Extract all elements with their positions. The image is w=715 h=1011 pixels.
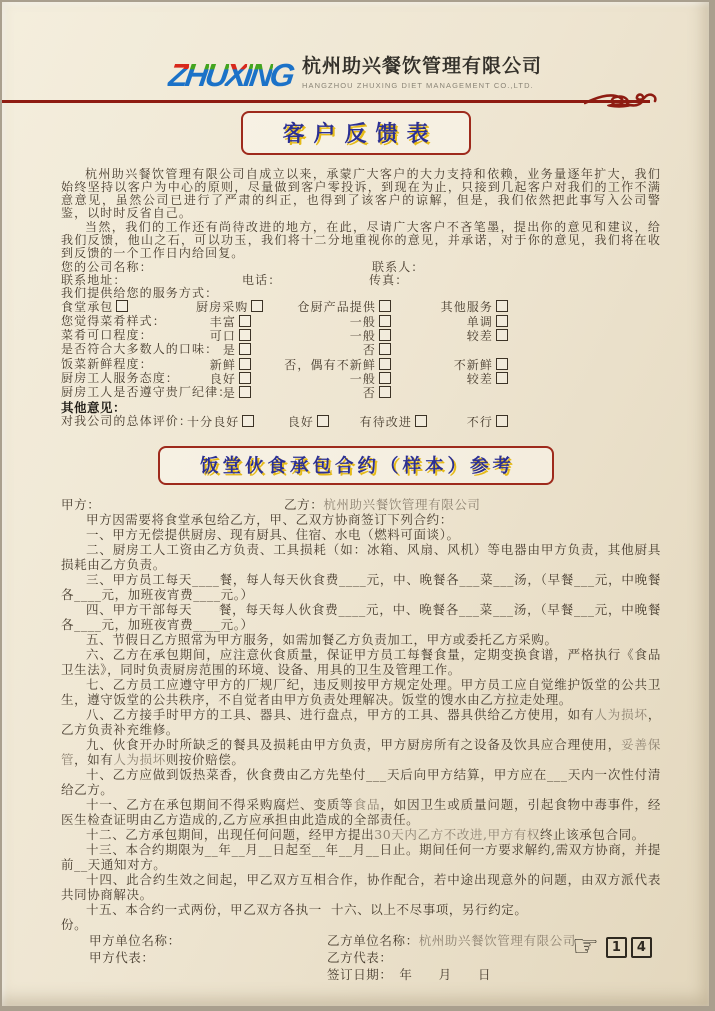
option-cell: 较差 [391, 372, 508, 386]
contract-section: 甲方： 乙方：杭州助兴餐饮管理有限公司 甲方因需要将食堂承包给乙方，甲、乙双方协… [61, 497, 661, 983]
checkbox[interactable] [496, 358, 508, 370]
option-label: 良好 [288, 415, 314, 429]
option-label: 仓厨产品提供 [297, 300, 376, 314]
option-cell: 其他服务 [391, 300, 508, 314]
contract-clause: 十二、乙方承包期间，出现任何问题，经甲方提出30天内乙方不改进,甲方有权终止该承… [61, 827, 661, 842]
option-label: 较差 [467, 329, 493, 343]
contract-clause: 五、节假日乙方照常为甲方服务，如需加餐乙方负责加工，甲方或委托乙方采购。 [61, 632, 661, 647]
feedback-option-row: 饭菜新鲜程度：新鲜否，偶有不新鲜不新鲜 [61, 358, 661, 372]
option-cell: 一般 [251, 315, 391, 329]
checkbox[interactable] [379, 358, 391, 370]
contract-clause: 十三、本合约期限为__年__月__日起至__年__月__日止。期间任何一方要求解… [61, 842, 661, 872]
party-a-rep-label: 甲方代表： [61, 949, 327, 966]
contract-clause: 九、伙食开办时所缺乏的餐具及损耗由甲方负责，甲方厨房所有之设备及饮具应合理使用，… [61, 737, 661, 767]
row-label-text: 菜肴可口程度： [61, 328, 153, 342]
checkbox[interactable] [239, 315, 251, 327]
row-label [391, 386, 508, 400]
row-label: 您觉得菜肴样式： [61, 315, 196, 329]
option-label: 丰富 [210, 315, 236, 329]
feedback-option-row: 是否符合大多数人的口味：是否 [61, 343, 661, 357]
contract-clause: 一、甲方无偿提供厨房、现有厨具、住宿、水电（燃料可面谈）。 [61, 527, 661, 542]
checkbox[interactable] [379, 315, 391, 327]
page-footer: ☞ 14 [572, 932, 652, 962]
checkbox[interactable] [239, 386, 251, 398]
contract-clause: 十四、此合约生效之间起，甲乙双方互相合作，协作配合，若中途出现意外的问题，由双方… [61, 872, 661, 902]
zhuxing-logo: ZHUXING [167, 56, 295, 91]
row-label-text: 饭菜新鲜程度： [61, 357, 153, 371]
row-label-text: 对我公司的总体评价： [61, 414, 192, 428]
option-cell: 是 [196, 343, 251, 357]
feedback-title: 客户反馈表 [282, 121, 437, 146]
contract-clause: 十、乙方应做到饭热菜香，伙食费由乙方先垫付___天后向甲方结算，甲方应在___天… [61, 767, 661, 797]
row-label-text: 是否符合大多数人的口味： [61, 342, 218, 356]
option-cell: 良好 [251, 415, 329, 429]
row-label: 是否符合大多数人的口味： [61, 343, 196, 357]
option-label: 否，偶有不新鲜 [284, 358, 376, 372]
checkbox[interactable] [317, 415, 329, 427]
service-options: 食堂承包厨房采购仓厨产品提供其他服务您觉得菜肴样式：丰富一般单调菜肴可口程度：可… [61, 300, 661, 400]
contract-clause-16: 十六、以上不尽事项，另行约定。 [331, 902, 661, 932]
checkbox[interactable] [379, 329, 391, 341]
contract-title: 饭堂伙食承包合约（样本）参考 [200, 455, 515, 476]
option-label: 较差 [467, 372, 493, 386]
option-cell: 较差 [391, 329, 508, 343]
party-a-label: 甲方： [61, 497, 284, 512]
option-cell: 丰富 [196, 315, 251, 329]
checkbox[interactable] [496, 300, 508, 312]
contract-clause: 六、乙方在承包期间，应注意伙食质量，保证甲方员工每餐食量，定期变换食谱，严格执行… [61, 647, 661, 677]
page-number: 14 [606, 937, 652, 958]
service-intro: 我们提供给您的服务方式： [61, 287, 661, 300]
edited-text: 人为损坏 [594, 707, 648, 722]
clause-15-16-row: 十五、本合约一式两份，甲乙双方各执一份。 十六、以上不尽事项，另行约定。 [61, 902, 661, 932]
company-name-cn: 杭州助兴餐饮管理有限公司 [302, 56, 542, 79]
overall-evaluation-row: 对我公司的总体评价：十分良好良好有待改进不行 [61, 415, 661, 429]
header-rule [2, 100, 650, 103]
contract-title-box: 饭堂伙食承包合约（样本）参考 [158, 446, 554, 485]
feedback-option-row: 食堂承包厨房采购仓厨产品提供其他服务 [61, 300, 661, 314]
feedback-option-row: 厨房工人是否遵守贵厂纪律：是否 [61, 386, 661, 400]
option-cell: 食堂承包 [61, 300, 196, 314]
option-cell: 否，偶有不新鲜 [251, 358, 391, 372]
row-label [391, 343, 508, 357]
option-label: 一般 [350, 372, 376, 386]
contact-person-label: 联系人： [372, 261, 661, 274]
checkbox[interactable] [239, 372, 251, 384]
row-label: 对我公司的总体评价： [61, 415, 187, 429]
fax-label: 传真： [369, 274, 661, 287]
checkbox[interactable] [496, 372, 508, 384]
option-label: 十分良好 [187, 415, 239, 429]
contract-clause: 二、厨房工人工资由乙方负责、工具损耗（如：冰箱、风扇、风机）等电器由甲方负责，其… [61, 542, 661, 572]
option-label: 食堂承包 [61, 300, 113, 314]
edited-text: 人为损坏 [113, 752, 165, 767]
option-label: 不行 [467, 415, 493, 429]
checkbox[interactable] [379, 343, 391, 355]
checkbox[interactable] [379, 300, 391, 312]
checkbox[interactable] [496, 415, 508, 427]
party-b-name-label: 乙方单位名称： [327, 933, 419, 948]
option-label: 可口 [210, 329, 236, 343]
other-opinion-label: 其他意见： [61, 401, 661, 415]
option-cell: 否 [251, 343, 391, 357]
option-cell: 新鲜 [196, 358, 251, 372]
phone-label: 电话： [242, 274, 369, 287]
checkbox[interactable] [116, 300, 128, 312]
party-b-value: 杭州助兴餐饮管理有限公司 [323, 497, 480, 512]
option-cell: 厨房采购 [196, 300, 251, 314]
signature-block: 甲方单位名称： 乙方单位名称：杭州助兴餐饮管理有限公司 甲方代表： 乙方代表： … [61, 932, 661, 983]
row-label: 厨房工人是否遵守贵厂纪律： [61, 386, 196, 400]
row-label-text: 您觉得菜肴样式： [61, 314, 166, 328]
contract-clause: 甲方因需要将食堂承包给乙方，甲、乙双方协商签订下列合约： [61, 512, 661, 527]
party-b-name-value: 杭州助兴餐饮管理有限公司 [419, 933, 576, 948]
option-label: 有待改进 [360, 415, 412, 429]
option-label: 是 [223, 343, 236, 357]
option-label: 不新鲜 [454, 358, 493, 372]
option-cell: 仓厨产品提供 [251, 300, 391, 314]
option-cell: 不行 [427, 415, 508, 429]
option-label: 厨房采购 [196, 300, 248, 314]
option-label: 一般 [350, 329, 376, 343]
party-row: 甲方： 乙方：杭州助兴餐饮管理有限公司 [61, 497, 661, 512]
contract-clause: 四、甲方干部每天 餐，每天每人伙食费____元，中、晚餐各___菜___汤，（早… [61, 602, 661, 632]
row-label-text: 厨房工人服务态度： [61, 371, 179, 385]
letterhead: ZHUXING 杭州助兴餐饮管理有限公司 HANGZHOU ZHUXING DI… [2, 2, 709, 103]
pointing-hand-icon: ☞ [572, 932, 599, 962]
edited-text: 食品 [354, 797, 381, 812]
option-cell: 不新鲜 [391, 358, 508, 372]
sig-spacer [61, 966, 327, 983]
checkbox[interactable] [379, 386, 391, 398]
option-label: 单调 [467, 315, 493, 329]
checkbox[interactable] [239, 343, 251, 355]
contract-clause: 十一、乙方在承包期间不得采购腐烂、变质等食品，如因卫生或质量问题，引起食物中毒事… [61, 797, 661, 827]
flourish-ornament [584, 84, 664, 110]
option-label: 其他服务 [441, 300, 493, 314]
document-page: ZHUXING 杭州助兴餐饮管理有限公司 HANGZHOU ZHUXING DI… [2, 2, 709, 1006]
feedback-title-box: 客户反馈表 [241, 111, 471, 155]
page-number-digit: 4 [631, 937, 652, 958]
party-b-label: 乙方： [284, 497, 323, 512]
contract-clause: 三、甲方员工每天____餐，每人每天伙食费____元，中、晚餐各___菜___汤… [61, 572, 661, 602]
feedback-option-row: 您觉得菜肴样式：丰富一般单调 [61, 315, 661, 329]
party-b: 乙方：杭州助兴餐饮管理有限公司 [284, 497, 661, 512]
contract-clause: 七、乙方员工应遵守甲方的厂规厂纪，违反则按甲方规定处理。甲方员工应自觉维护饭堂的… [61, 677, 661, 707]
company-name-label: 您的公司名称： [61, 261, 372, 274]
checkbox[interactable] [379, 372, 391, 384]
option-cell: 是 [196, 386, 251, 400]
option-cell: 否 [251, 386, 391, 400]
option-label: 否 [363, 386, 376, 400]
option-cell: 一般 [251, 329, 391, 343]
party-a-name-label: 甲方单位名称： [61, 932, 327, 949]
option-label: 良好 [210, 372, 236, 386]
contract-clause: 八、乙方接手时甲方的工具、器具、进行盘点，甲方的工具、器具供给乙方使用，如有人为… [61, 707, 661, 737]
contract-clause-15: 十五、本合约一式两份，甲乙双方各执一份。 [61, 902, 331, 932]
company-name-en: HANGZHOU ZHUXING DIET MANAGEMENT CO.,LTD… [302, 81, 542, 90]
page-number-digit: 1 [606, 937, 627, 958]
option-label: 是 [223, 386, 236, 400]
checkbox[interactable] [415, 415, 427, 427]
intro-paragraph-1: 杭州助兴餐饮管理有限公司自成立以来，承蒙广大客户的大力支持和依赖，业务量逐年扩大… [61, 168, 661, 221]
company-names: 杭州助兴餐饮管理有限公司 HANGZHOU ZHUXING DIET MANAG… [302, 56, 542, 90]
checkbox[interactable] [239, 358, 251, 370]
edited-text: 30天内乙方不改进,甲方有权 [374, 827, 540, 842]
checkbox[interactable] [239, 329, 251, 341]
checkbox[interactable] [496, 315, 508, 327]
sign-date-line: 签订日期： 年 月 日 [327, 966, 661, 983]
logo-letter: G [268, 59, 296, 91]
option-cell: 十分良好 [187, 415, 251, 429]
option-label: 新鲜 [210, 358, 236, 372]
checkbox[interactable] [496, 329, 508, 341]
option-cell: 单调 [391, 315, 508, 329]
option-cell: 有待改进 [329, 415, 427, 429]
feedback-section: 杭州助兴餐饮管理有限公司自成立以来，承蒙广大客户的大力支持和依赖，业务量逐年扩大… [61, 168, 661, 429]
option-label: 否 [363, 343, 376, 357]
option-cell: 一般 [251, 372, 391, 386]
row-label: 饭菜新鲜程度： [61, 358, 196, 372]
contract-clauses: 甲方因需要将食堂承包给乙方，甲、乙双方协商签订下列合约：一、甲方无偿提供厨房、现… [61, 512, 661, 902]
contact-row-1: 您的公司名称： 联系人： [61, 261, 661, 274]
intro-paragraph-2: 当然，我们的工作还有尚待改进的地方，在此，尽请广大客户不吝笔墨，提出你的意见和建… [61, 221, 661, 261]
option-label: 一般 [350, 315, 376, 329]
